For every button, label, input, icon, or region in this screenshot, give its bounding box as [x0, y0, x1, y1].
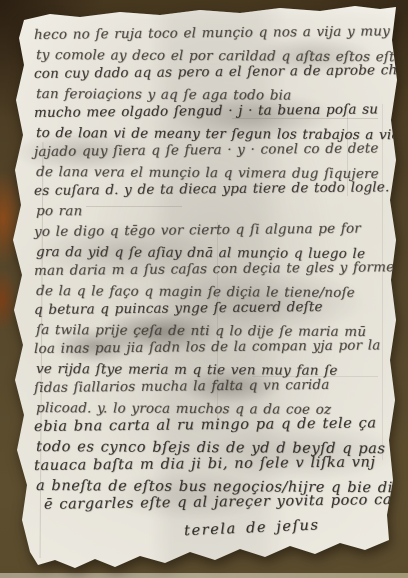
manuscript-line: heco no ſe ruja toco el munçio q nos a v… — [34, 22, 380, 45]
manuscript-line: ebia bna carta al ru mingo pa q de tele … — [34, 414, 380, 437]
manuscript-sheet: heco no ſe ruja toco el munçio q nos a v… — [0, 0, 408, 578]
manuscript-line: ē cargarles eſte q al jareçer yovita poc… — [44, 491, 390, 515]
manuscript-line: jajado quy ſiera q ſe fuera · y · conel … — [34, 139, 380, 162]
margin-rule-line — [382, 104, 383, 460]
manuscript-text: heco no ſe ruja toco el munçio q nos a v… — [34, 26, 380, 537]
manuscript-line: q betura q puincas ynge ſe acuerd deſte — [34, 297, 380, 320]
manuscript-line: es cuſara d. y de ta dieca ypa tiere de … — [34, 178, 380, 201]
manuscript-line: ſidas ſiallarios mucha la falta q vn car… — [34, 375, 380, 398]
manuscript-line: tauaca baſta m dia ji bi, no ſele v liſk… — [34, 453, 380, 476]
manuscript-sheet-wrap: heco no ſe ruja toco el munçio q nos a v… — [0, 0, 408, 578]
manuscript-line: loa inas pau jia ſadn los de la compan y… — [34, 336, 380, 359]
manuscript-line: mucho mee olgado ſengud · j · ta buena p… — [34, 100, 380, 123]
manuscript-line: con cuy dado aq as pero a el ſenor a de … — [34, 61, 380, 84]
signature-teresa-de-jesus: terela de jeſus — [184, 512, 381, 541]
manuscript-line: yo le digo q tēgo vor cierto q ſi alguna… — [34, 219, 380, 242]
manuscript-line: man daria m a ſus caſas con deçia te gle… — [34, 258, 380, 281]
